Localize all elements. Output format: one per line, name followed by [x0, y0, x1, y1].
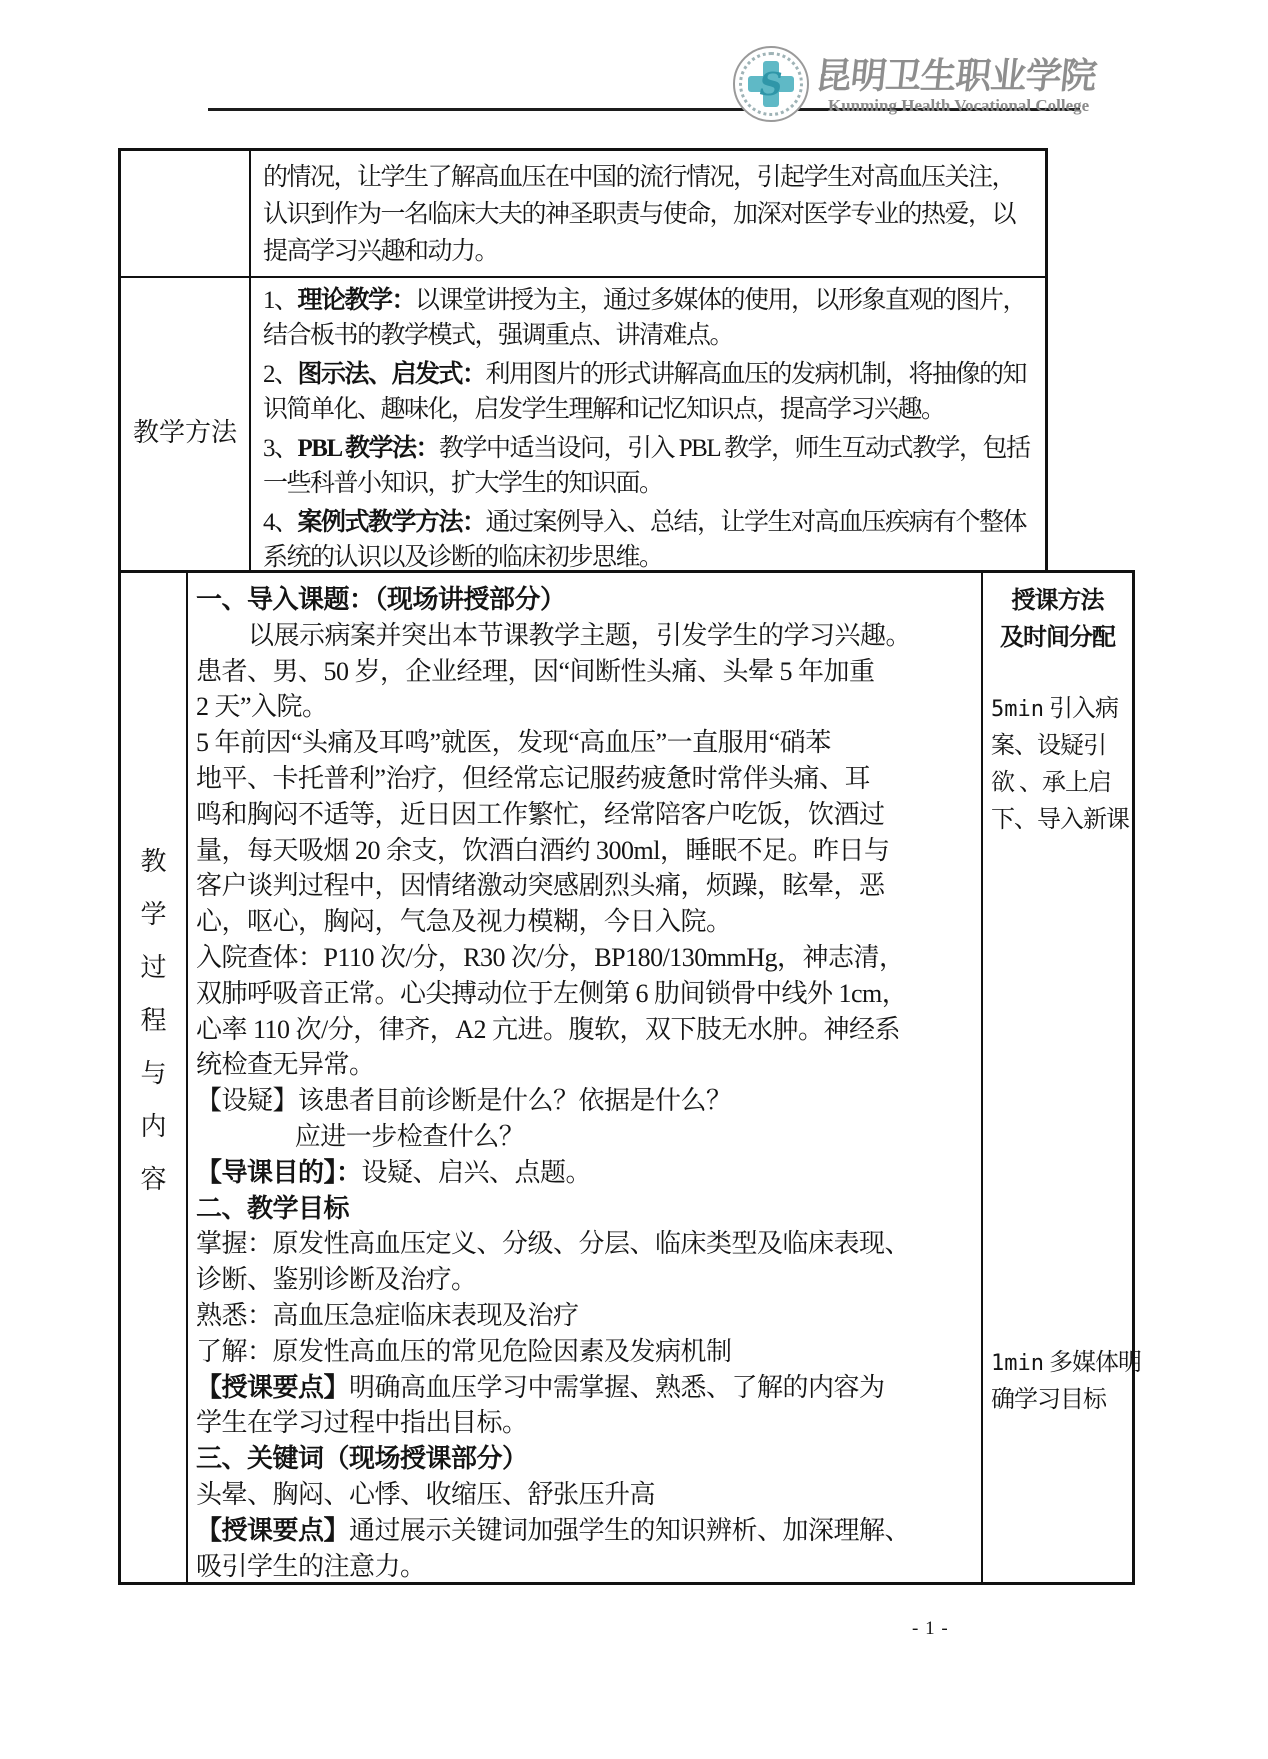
- text-line: 认识到作为一名临床大夫的神圣职责与使命，加深对医学专业的热爱，以: [263, 196, 1041, 233]
- time-block-5min: 5min 引入病案、设疑引欲 、承上启下、导入新课: [991, 691, 1130, 839]
- text-line: 【设疑】该患者目前诊断是什么？依据是什么？: [196, 1083, 977, 1119]
- method-time-header-line2: 及时间分配: [983, 620, 1132, 657]
- text-line: 下、导入新课: [991, 802, 1130, 839]
- text-line: 一些科普小知识，扩大学生的知识面。: [263, 466, 1041, 501]
- text-line: 的情况，让学生了解高血压在中国的流行情况，引起学生对高血压关注，: [263, 159, 1041, 196]
- text-line: 鸣和胸闷不适等，近日因工作繁忙，经常陪客户吃饭，饮酒过: [196, 797, 977, 833]
- time-block-1min: 1min 多媒体明确学习目标: [991, 1345, 1130, 1419]
- method-time-header-line1: 授课方法: [983, 583, 1132, 620]
- text-line: 欲 、承上启: [991, 765, 1130, 802]
- text-line: 吸引学生的注意力。: [196, 1549, 977, 1585]
- text-line: 5 年前因“头痛及耳鸣”就医，发现“高血压”一直服用“硝苯: [196, 725, 977, 761]
- teaching-methods-label: 教学方法: [121, 278, 251, 583]
- time-duration: 5min: [991, 697, 1044, 722]
- text-line: 诊断、鉴别诊断及治疗。: [196, 1262, 977, 1298]
- college-name-zh: 昆明卫生职业学院: [813, 48, 1098, 99]
- text-line: 1min 多媒体明: [991, 1345, 1130, 1382]
- vertical-label-char: 学: [140, 894, 166, 931]
- process-content-cell: 一、导入课题：（现场讲授部分）以展示病案并突出本节课教学主题，引发学生的学习兴趣…: [188, 573, 981, 1584]
- text-line: 5min 引入病: [991, 691, 1130, 728]
- text-line: 【授课要点】明确高血压学习中需掌握、熟悉、了解的内容为: [196, 1370, 977, 1406]
- text-line: 客户谈判过程中，因情绪激动突感剧烈头痛，烦躁，眩晕，恶: [196, 868, 977, 904]
- method-paragraph: 1、理论教学：以课堂讲授为主，通过多媒体的使用，以形象直观的图片，结合板书的教学…: [263, 283, 1041, 353]
- process-row-label: 教学过程与内容: [121, 573, 188, 1584]
- text-line: 【授课要点】通过展示关键词加强学生的知识辨析、加深理解、: [196, 1513, 977, 1549]
- vertical-label-char: 内: [140, 1106, 166, 1143]
- college-logo: S: [733, 46, 809, 122]
- text-line: 入院查体：P110 次/分，R30 次/分，BP180/130mmHg，神志清，: [196, 940, 977, 976]
- vertical-label-char: 与: [140, 1053, 166, 1090]
- teaching-methods-cell: 1、理论教学：以课堂讲授为主，通过多媒体的使用，以形象直观的图片，结合板书的教学…: [251, 278, 1045, 583]
- college-name-en: Kunming Health Vocational College: [828, 96, 1089, 116]
- text-line: 量，每天吸烟 20 余支，饮酒白酒约 300ml，睡眠不足。昨日与: [196, 833, 977, 869]
- text-line: 【导课目的】：设疑、启兴、点题。: [196, 1155, 977, 1191]
- text-line: 应进一步检查什么？: [196, 1119, 977, 1155]
- vertical-label-char: 过: [140, 947, 166, 984]
- text-line: 患者、男、50 岁，企业经理，因“间断性头痛、头晕 5 年加重: [196, 654, 977, 690]
- text-line: 3、PBL 教学法：教学中适当设问，引入 PBL 教学，师生互动式教学，包括: [263, 431, 1041, 466]
- process-table: 教学过程与内容 一、导入课题：（现场讲授部分）以展示病案并突出本节课教学主题，引…: [118, 570, 1135, 1585]
- intro-continuation-cell: 的情况，让学生了解高血压在中国的流行情况，引起学生对高血压关注，认识到作为一名临…: [251, 151, 1045, 276]
- text-line: 学生在学习过程中指出目标。: [196, 1405, 977, 1441]
- empty-label-cell: [121, 151, 251, 276]
- method-time-column: 授课方法 及时间分配 5min 引入病案、设疑引欲 、承上启下、导入新课 1mi…: [981, 573, 1132, 1584]
- text-line: 1、理论教学：以课堂讲授为主，通过多媒体的使用，以形象直观的图片，: [263, 283, 1041, 318]
- text-line: 统检查无异常。: [196, 1047, 977, 1083]
- vertical-label-char: 程: [140, 1000, 166, 1037]
- method-paragraph: 4、案例式教学方法：通过案例导入、总结，让学生对高血压疾病有个整体系统的认识以及…: [263, 505, 1041, 575]
- method-paragraph: 2、图示法、启发式：利用图片的形式讲解高血压的发病机制，将抽像的知识简单化、趣味…: [263, 357, 1041, 427]
- text-line: 掌握：原发性高血压定义、分级、分层、临床类型及临床表现、: [196, 1226, 977, 1262]
- page-number: - 1 -: [912, 1618, 949, 1640]
- text-line: 结合板书的教学模式，强调重点、讲清难点。: [263, 318, 1041, 353]
- text-line: 头晕、胸闷、心悸、收缩压、舒张压升高: [196, 1477, 977, 1513]
- document-page: S 昆明卫生职业学院 Kunming Health Vocational Col…: [0, 0, 1268, 1759]
- method-paragraph: 3、PBL 教学法：教学中适当设问，引入 PBL 教学，师生互动式教学，包括一些…: [263, 431, 1041, 501]
- text-line: 熟悉：高血压急症临床表现及治疗: [196, 1298, 977, 1334]
- table-row: 的情况，让学生了解高血压在中国的流行情况，引起学生对高血压关注，认识到作为一名临…: [121, 151, 1045, 276]
- dragon-s-icon: S: [735, 48, 807, 120]
- text-line: 案、设疑引: [991, 728, 1130, 765]
- text-line: 心率 110 次/分，律齐，A2 亢进。腹软，双下肢无水肿。神经系: [196, 1012, 977, 1048]
- text-line: 地平、卡托普利”治疗，但经常忘记服药疲惫时常伴头痛、耳: [196, 761, 977, 797]
- table-row: 教学方法 1、理论教学：以课堂讲授为主，通过多媒体的使用，以形象直观的图片，结合…: [121, 276, 1045, 583]
- text-line: 以展示病案并突出本节课教学主题，引发学生的学习兴趣。: [196, 618, 977, 654]
- text-line: 一、导入课题：（现场讲授部分）: [196, 582, 977, 618]
- text-line: 确学习目标: [991, 1382, 1130, 1419]
- text-line: 双肺呼吸音正常。心尖搏动位于左侧第 6 肋间锁骨中线外 1cm，: [196, 976, 977, 1012]
- time-duration: 1min: [991, 1351, 1044, 1376]
- text-line: 了解：原发性高血压的常见危险因素及发病机制: [196, 1334, 977, 1370]
- vertical-label-char: 容: [140, 1159, 166, 1196]
- text-line: 心，呕心，胸闷，气急及视力模糊，今日入院。: [196, 904, 977, 940]
- vertical-label-char: 教: [140, 841, 166, 878]
- text-line: 2、图示法、启发式：利用图片的形式讲解高血压的发病机制，将抽像的知: [263, 357, 1041, 392]
- text-line: 识简单化、趣味化，启发学生理解和记忆知识点，提高学习兴趣。: [263, 392, 1041, 427]
- top-table: 的情况，让学生了解高血压在中国的流行情况，引起学生对高血压关注，认识到作为一名临…: [118, 148, 1048, 586]
- text-line: 三、关键词（现场授课部分）: [196, 1441, 977, 1477]
- method-time-header: 授课方法 及时间分配: [983, 583, 1132, 657]
- text-line: 提高学习兴趣和动力。: [263, 233, 1041, 270]
- text-line: 4、案例式教学方法：通过案例导入、总结，让学生对高血压疾病有个整体: [263, 505, 1041, 540]
- text-line: 2 天”入院。: [196, 689, 977, 725]
- text-line: 二、教学目标: [196, 1191, 977, 1227]
